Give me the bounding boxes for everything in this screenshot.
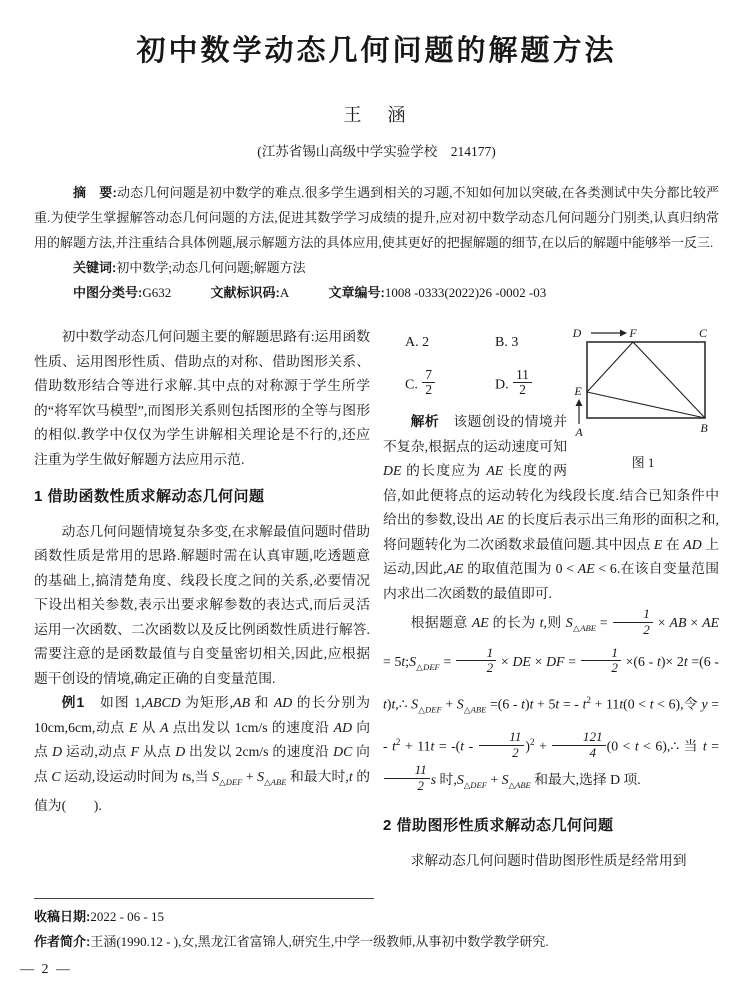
solution-paragraph: 根据题意 AE 的长为 t,则 S△ABE = 12 × AB × AE = 5… [383, 606, 719, 801]
keywords-label: 关键词: [73, 260, 116, 275]
keywords-line: 关键词:初中数学;动态几何问题;解题方法 [34, 255, 719, 280]
vertex-label-a: A [574, 425, 583, 439]
arrow-a-to-e [576, 399, 583, 424]
paper-title: 初中数学动态几何问题的解题方法 [34, 28, 719, 69]
doc-code-value: A [280, 285, 289, 300]
received-date-line: 收稿日期:2022 - 06 - 15 [34, 904, 719, 929]
option-b: B. 3 [495, 331, 595, 356]
article-id-label: 文章编号: [328, 285, 384, 300]
classification-line: 中图分类号:G632 文献标识码:A 文章编号:1008 -0333(2022)… [34, 280, 719, 305]
footnote-separator [34, 898, 374, 899]
example-1-paragraph: 例1 如图 1,ABCD 为矩形,AB 和 AD 的长分别为 10cm,6cm,… [34, 691, 370, 818]
segment-eb [587, 392, 705, 418]
section-2-heading: 2 借助图形性质求解动态几何问题 [383, 814, 719, 839]
author-bio-value: 王涵(1990.12 - ),女,黑龙江省富锦人,研究生,中学一级教师,从事初中… [90, 934, 548, 949]
clc-segment: 中图分类号:G632 [73, 285, 171, 300]
abstract-label: 摘 要: [73, 185, 117, 200]
answer-options: A. 2 B. 3 C. 72 D. 112 [383, 325, 567, 410]
left-column: 初中数学动态几何问题主要的解题思路有:运用函数性质、运用图形性质、借助点的对称、… [34, 325, 370, 887]
author-bio-line: 作者简介:王涵(1990.12 - ),女,黑龙江省富锦人,研究生,中学一级教师… [34, 929, 719, 954]
received-date-value: 2022 - 06 - 15 [90, 909, 164, 924]
clc-value: G632 [142, 285, 171, 300]
intro-paragraph: 初中数学动态几何问题主要的解题思路有:运用函数性质、运用图形性质、借助点的对称、… [34, 325, 370, 472]
abstract-block: 摘 要:动态几何问题是初中数学的难点.很多学生遇到相关的习题,不知如何加以突破,… [34, 180, 719, 305]
option-a: A. 2 [405, 331, 495, 356]
rectangle-abcd [587, 342, 705, 418]
section-2-paragraph: 求解动态几何问题时借助图形性质是经常用到 [383, 849, 719, 874]
abstract-paragraph: 摘 要:动态几何问题是初中数学的难点.很多学生遇到相关的习题,不知如何加以突破,… [34, 180, 719, 255]
footnote-block: 收稿日期:2022 - 06 - 15 作者简介:王涵(1990.12 - ),… [34, 898, 719, 954]
option-d: D. 112 [495, 370, 595, 401]
vertex-label-f: F [628, 326, 637, 340]
doc-code-segment: 文献标识码:A [210, 285, 289, 300]
author-bio-label: 作者简介: [34, 934, 90, 949]
section-1-heading: 1 借助函数性质求解动态几何问题 [34, 485, 370, 510]
clc-label: 中图分类号: [73, 285, 142, 300]
vertex-label-c: C [699, 326, 708, 340]
author-name: 王 涵 [34, 101, 719, 127]
article-id-value: 1008 -0333(2022)26 -0002 -03 [385, 285, 546, 300]
author-affiliation: (江苏省锡山高级中学实验学校 214177) [34, 140, 719, 160]
paper-page: 初中数学动态几何问题的解题方法 王 涵 (江苏省锡山高级中学实验学校 21417… [0, 0, 749, 1000]
doc-code-label: 文献标识码: [210, 285, 279, 300]
figure-1-caption: 图 1 [567, 451, 719, 476]
abstract-text: 动态几何问题是初中数学的难点.很多学生遇到相关的习题,不知如何加以突破,在各类测… [34, 185, 719, 250]
arrow-d-to-f [591, 330, 627, 337]
article-id-segment: 文章编号:1008 -0333(2022)26 -0002 -03 [328, 285, 546, 300]
segment-fb [633, 342, 705, 418]
page-number: — 2 — [20, 962, 72, 978]
right-column: D F C E A B 图 1 A. 2 B. 3 C. 72 D. 112 解… [383, 325, 719, 887]
vertex-label-b: B [700, 421, 708, 435]
two-column-body: 初中数学动态几何问题主要的解题思路有:运用函数性质、运用图形性质、借助点的对称、… [34, 325, 719, 887]
option-c: C. 72 [405, 370, 495, 401]
keywords-text: 初中数学;动态几何问题;解题方法 [116, 260, 305, 275]
section-1-paragraph: 动态几何问题情境复杂多变,在求解最值问题时借助函数性质是常用的思路.解题时需在认… [34, 520, 370, 692]
received-date-label: 收稿日期: [34, 909, 90, 924]
